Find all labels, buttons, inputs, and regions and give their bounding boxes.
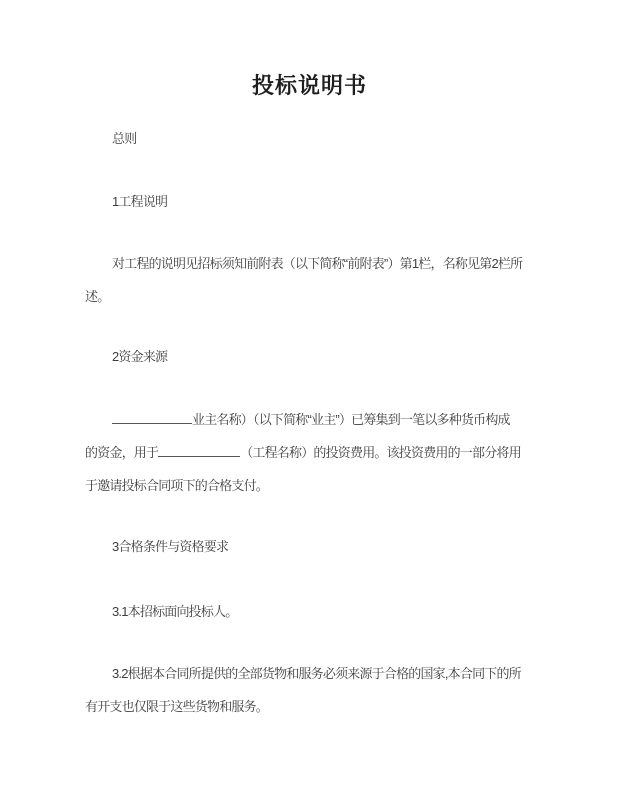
blank-underline-project-name	[158, 444, 240, 457]
paragraph-line: 业主名称）（以下简称“业主”）已筹集到一笔以多种货币构成	[85, 403, 534, 436]
paragraph-text: （工程名称）的投资费用。该投资费用的一部分将用	[240, 445, 521, 460]
paragraph-project-description: 对工程的说明见招标须知前附表（以下简称“前附表”）第1栏，名称见第2栏所 述。	[85, 247, 534, 313]
paragraph-line: 的资金，用于（工程名称）的投资费用。该投资费用的一部分将用	[85, 436, 534, 469]
paragraph-line: 于邀请投标合同项下的合格支付。	[85, 469, 534, 502]
paragraph-line: 有开支也仅限于这些货物和服务。	[85, 690, 534, 723]
paragraph-line: 3.2根据本合同所提供的全部货物和服务必须来源于合格的国家,本合同下的所	[85, 657, 534, 690]
document-page: 投标说明书 总则 1工程说明 对工程的说明见招标须知前附表（以下简称“前附表”）…	[0, 0, 619, 800]
paragraph-line: 对工程的说明见招标须知前附表（以下简称“前附表”）第1栏，名称见第2栏所	[85, 247, 534, 280]
heading-section-2-funding-source: 2资金来源	[85, 340, 534, 373]
heading-section-1-project-description: 1工程说明	[85, 185, 534, 218]
heading-general-provisions: 总则	[85, 122, 534, 155]
clause-3-2: 3.2根据本合同所提供的全部货物和服务必须来源于合格的国家,本合同下的所 有开支…	[85, 657, 534, 723]
clause-3-1: 3.1本招标面向投标人。	[85, 595, 534, 628]
paragraph-text: 的资金，用于	[85, 445, 158, 460]
paragraph-line: 述。	[85, 280, 534, 313]
heading-section-3-eligibility-requirements: 3合格条件与资格要求	[85, 530, 534, 563]
paragraph-funding-source: 业主名称）（以下简称“业主”）已筹集到一笔以多种货币构成 的资金，用于（工程名称…	[85, 403, 534, 502]
paragraph-text: 业主名称）（以下简称“业主”）已筹集到一笔以多种货币构成	[192, 412, 510, 427]
blank-underline-owner-name	[112, 411, 192, 424]
document-title: 投标说明书	[0, 71, 619, 101]
